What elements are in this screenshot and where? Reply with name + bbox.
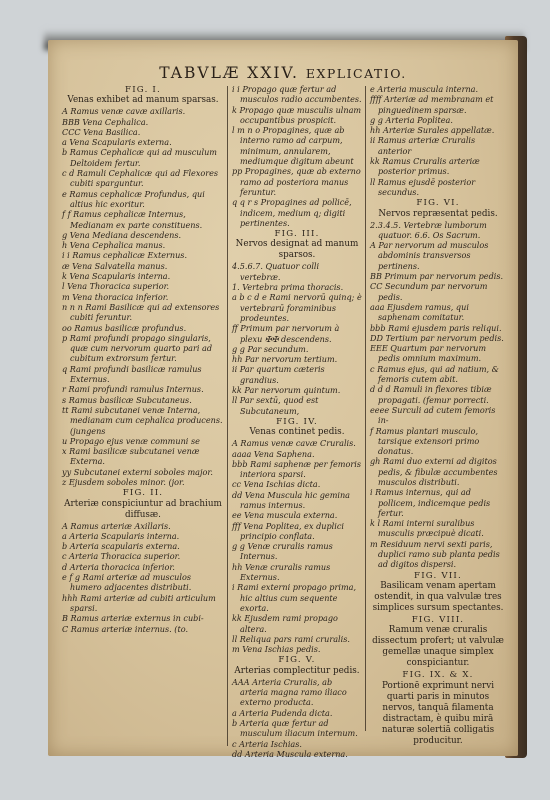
- legend-entry: 1. Vertebra prima thoracis.: [232, 282, 362, 292]
- legend-entry: g g Arteria Poplitea.: [370, 115, 506, 125]
- legend-entry: a Vena Scapularis externa.: [62, 137, 224, 147]
- legend-entry: A Ramus venæ cavæ axillaris.: [62, 106, 224, 116]
- legend-entry: a Arteria Scapularis interna.: [62, 531, 224, 541]
- page-title-sub: EXPLICATIO.: [306, 66, 407, 81]
- legend-entry: hh Venæ cruralis ramus Externus.: [232, 562, 362, 583]
- legend-entry: q Rami profundi basilicæ ramulus Externu…: [62, 364, 224, 385]
- page-title-main: TABVLÆ XXIV.: [159, 64, 299, 82]
- legend-entry: b Ramus Cephalicæ qui ad musculum Deltoi…: [62, 147, 224, 168]
- legend-entry: æ Vena Salvatella manus.: [62, 261, 224, 271]
- legend-entry: eeee Surculi ad cutem femoris in-: [370, 405, 506, 426]
- book-page: TABVLÆ XXIV. EXPLICATIO. FIG. I.Venas ex…: [48, 40, 518, 756]
- figure-description: Ramum venæ cruralis dissectum profert; u…: [370, 625, 506, 669]
- legend-entry: cc Vena Ischias dicta.: [232, 479, 362, 489]
- legend-entry: bbb Rami ejusdem paris reliqui.: [370, 323, 506, 333]
- legend-entry: dd Arteria Muscula externa.: [232, 749, 362, 759]
- legend-entry: f f Ramus cephalicæ Internus, Medianam e…: [62, 209, 224, 230]
- legend-entry: r Rami profundi ramulus Internus.: [62, 384, 224, 394]
- figure-description: Nervos repræsentat pedis.: [370, 209, 506, 220]
- legend-entry: f Ramus plantari musculo, tarsique exten…: [370, 426, 506, 457]
- legend-entry: i Rami externi propago prima, hic altius…: [232, 582, 362, 613]
- text-column-3: e Arteria muscula interna.ffff Arteriæ a…: [370, 84, 506, 747]
- legend-entry: pp Propagines, quæ ab externo ramo ad po…: [232, 166, 362, 197]
- legend-entry: ii Par quartum cæteris grandius.: [232, 364, 362, 385]
- legend-entry: A Ramus arteriæ Axillaris.: [62, 521, 224, 531]
- legend-entry: e f g Rami arteriæ ad musculos humero ad…: [62, 572, 224, 593]
- legend-entry: c Arteria Ischias.: [232, 739, 362, 749]
- legend-entry: q q r s Propagines ad pollicē, indicem, …: [232, 197, 362, 228]
- legend-entry: A Par nervorum ad musculos abdominis tra…: [370, 240, 506, 271]
- figure-heading: FIG. IV.: [232, 417, 362, 427]
- legend-entry: ll Reliqua pars rami cruralis.: [232, 634, 362, 644]
- figure-description: Arterias complectitur pedis.: [232, 666, 362, 677]
- legend-entry: i i Ramus cephalicæ Externus.: [62, 250, 224, 260]
- legend-entry: aaa Ejusdem ramus, qui saphenam comitatu…: [370, 302, 506, 323]
- legend-entry: hh Par nervorum tertium.: [232, 354, 362, 364]
- legend-entry: CCC Vena Basilica.: [62, 127, 224, 137]
- legend-entry: ll Ramus ejusdē posterior secundus.: [370, 177, 506, 198]
- legend-entry: g g Par secundum.: [232, 344, 362, 354]
- figure-heading: FIG. III.: [232, 229, 362, 239]
- legend-entry: b Arteria scapularis externa.: [62, 541, 224, 551]
- text-column-1: FIG. I.Venas exhibet ad manum sparsas.A …: [62, 84, 224, 634]
- legend-entry: ff Primum par nervorum à plexu ✠✠ descen…: [232, 323, 362, 344]
- legend-entry: oo Ramus basilicæ profundus.: [62, 323, 224, 333]
- legend-entry: c Ramus ejus, qui ad natium, & femoris c…: [370, 364, 506, 385]
- legend-entry: d d d Ramuli in flexores tibiæ propagati…: [370, 384, 506, 405]
- legend-entry: ee Vena muscula externa.: [232, 510, 362, 520]
- legend-entry: BB Primum par nervorum pedis.: [370, 271, 506, 281]
- legend-entry: p Rami profundi propago singularis, quæ …: [62, 333, 224, 364]
- figure-heading: FIG. IX. & X.: [370, 670, 506, 680]
- figure-heading: FIG. II.: [62, 488, 224, 498]
- legend-entry: k l Rami interni suralibus musculis præc…: [370, 518, 506, 539]
- legend-entry: fff Vena Poplitea, ex duplici principio …: [232, 521, 362, 542]
- legend-entry: g Vena Mediana descendens.: [62, 230, 224, 240]
- legend-entry: l Vena Thoracica superior.: [62, 281, 224, 291]
- legend-entry: BBB Vena Cephalica.: [62, 117, 224, 127]
- legend-entry: h Vena Cephalica manus.: [62, 240, 224, 250]
- legend-entry: m Vena thoracica inferior.: [62, 292, 224, 302]
- legend-entry: DD Tertium par nervorum pedis.: [370, 333, 506, 343]
- legend-entry: a b c d e Rami nervorū quinq; è vertebra…: [232, 292, 362, 323]
- figure-description: Nervos designat ad manum sparsos.: [232, 239, 362, 261]
- figure-description: Basilicam venam apertam ostendit, in qua…: [370, 581, 506, 614]
- figure-description: Venas continet pedis.: [232, 427, 362, 438]
- legend-entry: bbb Rami saphenæ per femoris interiora s…: [232, 459, 362, 480]
- legend-entry: C Ramus arteriæ internus. (to.: [62, 624, 224, 634]
- legend-entry: a Arteria Pudenda dicta.: [232, 708, 362, 718]
- legend-entry: k Propago quæ musculis ulnam occupantibu…: [232, 105, 362, 126]
- page-title: TABVLÆ XXIV. EXPLICATIO.: [48, 64, 518, 82]
- legend-entry: 2.3.4.5. Vertebræ lumborum quatuor. 6.6.…: [370, 220, 506, 241]
- legend-entry: s Ramus basilicæ Subcutaneus.: [62, 395, 224, 405]
- figure-heading: FIG. VIII.: [370, 615, 506, 625]
- legend-entry: AAA Arteria Cruralis, ab arteria magna r…: [232, 677, 362, 708]
- legend-entry: d Arteria thoracica inferior.: [62, 562, 224, 572]
- text-column-2: i i Propago quæ fertur ad musculos radio…: [232, 84, 362, 759]
- legend-entry: hhh Rami arteriæ ad cubiti articulum spa…: [62, 593, 224, 614]
- legend-entry: B Ramus arteriæ externus in cubi-: [62, 613, 224, 623]
- legend-entry: gh Rami duo externi ad digitos pedis, & …: [370, 456, 506, 487]
- legend-entry: z Ejusdem soboles minor. (jor.: [62, 477, 224, 487]
- column-divider-1: [227, 86, 228, 746]
- legend-entry: i i Propago quæ fertur ad musculos radio…: [232, 84, 362, 105]
- column-divider-2: [365, 86, 366, 731]
- legend-entry: m Vena Ischias pedis.: [232, 644, 362, 654]
- legend-entry: c d Ramuli Cephalicæ qui ad Flexores cub…: [62, 168, 224, 189]
- figure-heading: FIG. I.: [62, 85, 224, 95]
- figure-description: Venas exhibet ad manum sparsas.: [62, 95, 224, 106]
- legend-entry: x Rami basilicæ subcutanei venæ Externa.: [62, 446, 224, 467]
- legend-entry: EEE Quartum par nervorum pedis omnium ma…: [370, 343, 506, 364]
- figure-description: Arteriæ conspiciuntur ad brachium diffus…: [62, 499, 224, 521]
- legend-entry: dd Vena Muscula hic gemina ramus internu…: [232, 490, 362, 511]
- figure-heading: FIG. VI.: [370, 198, 506, 208]
- legend-entry: l m n o Propagines, quæ ab interno ramo …: [232, 125, 362, 166]
- legend-entry: kk Par nervorum quintum.: [232, 385, 362, 395]
- legend-entry: ii Ramus arteriæ Cruralis anterior: [370, 135, 506, 156]
- legend-entry: c Arteria Thoracica superior.: [62, 551, 224, 561]
- legend-entry: tt Rami subcutanei venæ Interna, mediana…: [62, 405, 224, 436]
- figure-heading: FIG. VII.: [370, 571, 506, 581]
- legend-entry: i Ramus internus, qui ad pollicem, indic…: [370, 487, 506, 518]
- legend-entry: g g Venæ cruralis ramus Internus.: [232, 541, 362, 562]
- legend-entry: A Ramus venæ cavæ Cruralis.: [232, 438, 362, 448]
- legend-entry: b Arteria quæ fertur ad musculum iliacum…: [232, 718, 362, 739]
- legend-entry: kk Ejusdem rami propago altera.: [232, 613, 362, 634]
- legend-entry: kk Ramus Cruralis arteriæ posterior prim…: [370, 156, 506, 177]
- legend-entry: 4.5.6.7. Quatuor colli vertebræ.: [232, 261, 362, 282]
- legend-entry: hh Arteriæ Surales appellatæ.: [370, 125, 506, 135]
- legend-entry: e Ramus cephalicæ Profundus, qui altius …: [62, 189, 224, 210]
- figure-heading: FIG. V.: [232, 655, 362, 665]
- legend-entry: CC Secundum par nervorum pedis.: [370, 281, 506, 302]
- legend-entry: m Residuum nervi sexti paris, duplici ra…: [370, 539, 506, 570]
- legend-entry: n n n Rami Basilicæ qui ad extensores cu…: [62, 302, 224, 323]
- figure-description: Portionē exprimunt nervi quarti paris in…: [370, 681, 506, 747]
- legend-entry: yy Subcutanei externi soboles major.: [62, 467, 224, 477]
- legend-entry: e Arteria muscula interna.: [370, 84, 506, 94]
- legend-entry: ffff Arteriæ ad membranam et pinguedinem…: [370, 94, 506, 115]
- legend-entry: u Propago ejus venæ communi se: [62, 436, 224, 446]
- legend-entry: aaaa Vena Saphena.: [232, 449, 362, 459]
- legend-entry: ll Par sextū, quod est Subcutaneum,: [232, 395, 362, 416]
- legend-entry: k Vena Scapularis interna.: [62, 271, 224, 281]
